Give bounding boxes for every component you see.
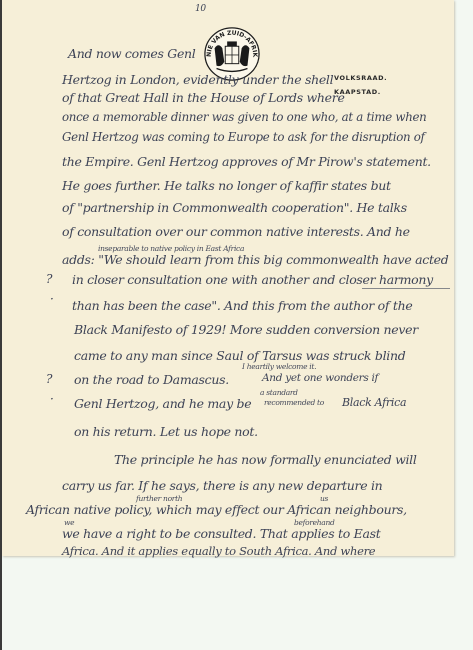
handwritten-line: And yet one wonders if <box>262 372 378 384</box>
handwritten-line: Hertzog in London, evidently under the s… <box>62 72 333 87</box>
margin-mark: · <box>50 392 54 406</box>
insertion-text: a standard <box>260 388 298 397</box>
handwritten-line: came to any man since Saul of Tarsus was… <box>74 348 405 363</box>
handwritten-line: And now comes Genl <box>68 46 196 61</box>
handwritten-line: African native policy, which may effect … <box>26 502 407 517</box>
handwritten-line: of "partnership in Commonwealth cooperat… <box>62 200 407 215</box>
letterhead-volksraad: VOLKSRAAD. <box>334 74 387 82</box>
handwritten-line: carry us far. If he says, there is any n… <box>62 478 382 493</box>
letter-page: 10 UNIE VAN ZUID-AFRIKA VOLKSRAAD. KAAPS… <box>2 0 454 556</box>
insertion-text: recommended to <box>264 398 324 407</box>
handwritten-line: the Empire. Genl Hertzog approves of Mr … <box>62 154 431 169</box>
handwritten-line: Black Africa <box>342 396 406 409</box>
handwritten-line: adds: "We should learn from this big com… <box>62 252 448 267</box>
handwritten-line: Genl Hertzog, and he may be <box>74 396 251 411</box>
handwritten-line: on his return. Let us hope not. <box>74 424 258 439</box>
margin-mark: · <box>50 292 54 306</box>
margin-mark: ? <box>46 272 52 286</box>
underline-rule <box>362 288 450 289</box>
handwritten-line: than has been the case". And this from t… <box>72 298 412 313</box>
handwritten-line: we have a right to be consulted. That ap… <box>62 526 380 541</box>
handwritten-line: The principle he has now formally enunci… <box>114 452 417 467</box>
handwritten-line: of consultation over our common native i… <box>62 224 410 239</box>
handwritten-line: Africa. And it applies equally to South … <box>62 544 375 558</box>
handwritten-line: Black Manifesto of 1929! More sudden con… <box>74 322 418 337</box>
handwritten-line: He goes further. He talks no longer of k… <box>62 178 391 193</box>
margin-mark: ? <box>46 372 52 386</box>
handwritten-line: once a memorable dinner was given to one… <box>62 110 426 124</box>
handwritten-line: Genl Hertzog was coming to Europe to ask… <box>62 130 425 144</box>
handwritten-line: on the road to Damascus. <box>74 372 229 387</box>
handwritten-line: of that Great Hall in the House of Lords… <box>62 90 345 105</box>
insertion-text: I heartily welcome it. <box>242 362 316 371</box>
page-number: 10 <box>195 4 206 14</box>
handwritten-line: in closer consultation one with another … <box>72 272 433 287</box>
